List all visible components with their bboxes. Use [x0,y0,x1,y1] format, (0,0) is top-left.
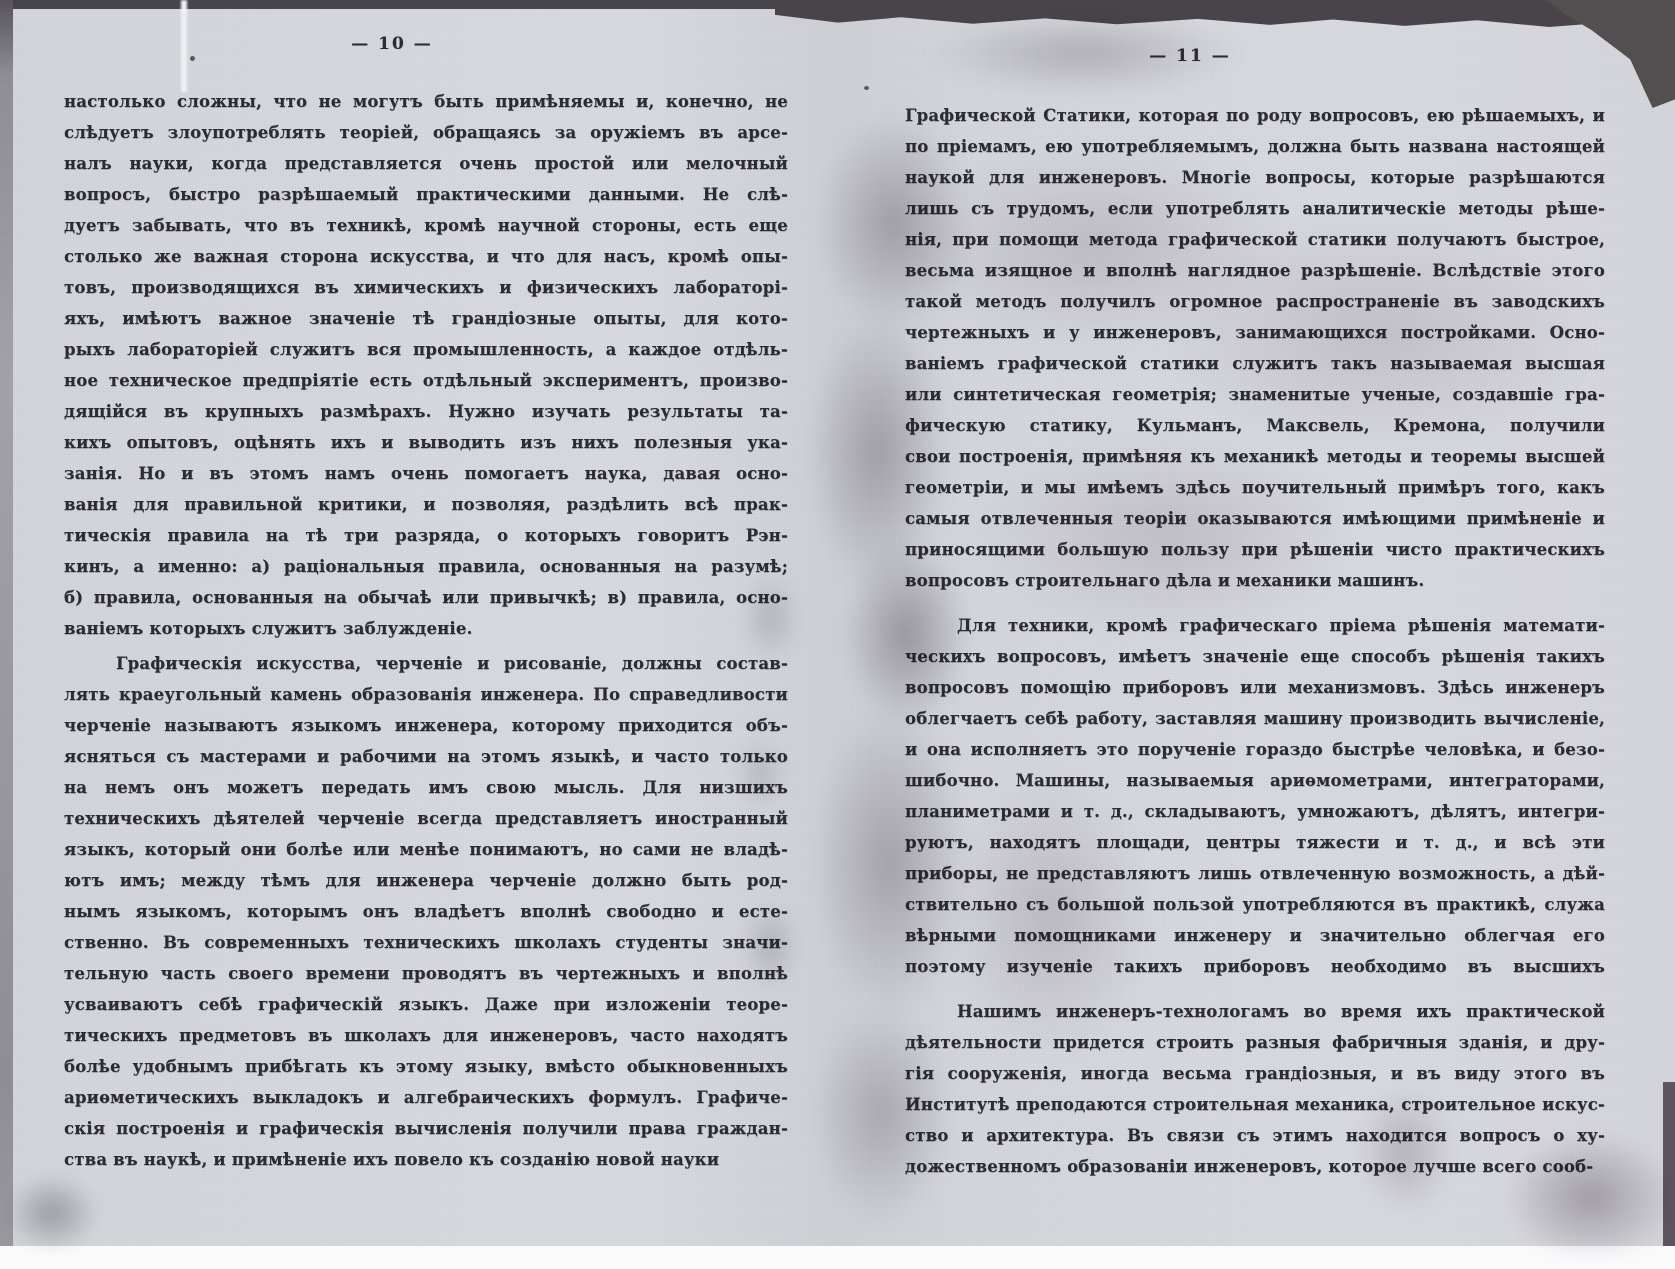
text-line: тическихъ предметовъ въ школахъ для инже… [64,1020,788,1051]
text-line: черченіе называютъ языкомъ инженера, кот… [64,710,788,741]
text-line: ваніемъ графической статики служитъ такъ… [905,348,1605,379]
text-line: нія, при помощи метода графической стати… [905,224,1605,255]
text-line: ютъ имъ; между тѣмъ для инженера черчені… [64,865,788,896]
text-line: тическія правила на тѣ три разряда, о ко… [64,520,788,551]
text-line: планиметрами и т. д., складываютъ, умнож… [905,796,1605,827]
text-line: Графическія искусства, черченіе и рисова… [64,648,788,679]
page-right-text: Графической Статики, которая по роду воп… [905,100,1605,1182]
text-line: геометріи, и мы имѣемъ здѣсь поучительны… [905,472,1605,503]
text-line: слѣдуетъ злоупотреблять теоріей, обращая… [64,117,788,148]
text-line: языкъ, который они болѣе или менѣе поним… [64,834,788,865]
text-line: ческихъ вопросовъ, имѣетъ значеніе еще с… [905,641,1605,672]
text-line: усваиваютъ себѣ графическій языкъ. Даже … [64,989,788,1020]
text-line: свои построенія, примѣняя къ механикѣ ме… [905,441,1605,472]
page-number-right: — 11 — [1100,46,1280,66]
text-line: тельную часть своего времени проводятъ в… [64,958,788,989]
text-line: вопросовъ помощію приборовъ или механизм… [905,672,1605,703]
text-line: фическую статику, Кульманъ, Максвель, Кр… [905,410,1605,441]
text-line: и она исполняетъ это порученіе гораздо б… [905,734,1605,765]
text-line: на немъ онъ можетъ передать имъ свою мыс… [64,772,788,803]
text-line: товъ, производящихся въ химическихъ и фи… [64,272,788,303]
scan-scratch [181,0,187,92]
paragraph: Графической Статики, которая по роду воп… [905,100,1605,596]
text-line: гія сооруженія, иногда весьма грандіозны… [905,1058,1605,1089]
text-line: ствительно съ большой пользой употребляю… [905,889,1605,920]
text-line: ное техническое предпріятіе есть отдѣльн… [64,365,788,396]
paragraph: Графическія искусства, черченіе и рисова… [64,648,788,1175]
text-line: дѣятельности придется строить разныя фаб… [905,1027,1605,1058]
text-line: техническихъ дѣятелей черченіе всегда пр… [64,803,788,834]
text-line: ясняться съ мастерами и рабочими на этом… [64,741,788,772]
text-line: дящійся въ крупныхъ размѣрахъ. Нужно изу… [64,396,788,427]
text-line: кинъ, а именно: а) раціональныя правила,… [64,551,788,582]
text-line: руютъ, находятъ площади, центры тяжести … [905,827,1605,858]
ink-speck [864,86,869,90]
text-line: яхъ, имѣютъ важное значеніе тѣ грандіозн… [64,303,788,334]
paragraph: Нашимъ инженеръ-технологамъ во время ихъ… [905,996,1605,1182]
text-line: Графической Статики, которая по роду воп… [905,100,1605,131]
paragraph: настолько сложны, что не могутъ быть при… [64,86,788,644]
text-line: столько же важная сторона искусства, и ч… [64,241,788,272]
scan-edge-left [0,0,13,1269]
text-line: Для техники, кромѣ графическаго пріема р… [905,610,1605,641]
text-line: вѣрными помощниками инженеру и значитель… [905,920,1605,951]
paragraph: Для техники, кромѣ графическаго пріема р… [905,610,1605,982]
text-line: лишь съ трудомъ, если употреблять аналит… [905,193,1605,224]
text-line: облегчаетъ себѣ работу, заставляя машину… [905,703,1605,734]
text-line: б) правила, основанныя на обычаѣ или при… [64,582,788,613]
text-line: ариѳметическихъ выкладокъ и алгебраическ… [64,1082,788,1113]
text-line: занія. Но и въ этомъ намъ очень помогает… [64,458,788,489]
text-line: лять краеугольный камень образованія инж… [64,679,788,710]
text-line: самыя отвлеченныя теоріи оказываются имѣ… [905,503,1605,534]
text-line: весьма изящное и вполнѣ наглядное разрѣш… [905,255,1605,286]
text-line: ванія для правильной критики, и позволяя… [64,489,788,520]
page-number-left: — 10 — [302,34,482,54]
text-line: вопросъ, быстро разрѣшаемый практическим… [64,179,788,210]
text-line: скія построенія и графическія вычисленія… [64,1113,788,1144]
text-line: поэтому изученіе такихъ приборовъ необхо… [905,951,1605,982]
text-line: ство и архитектура. Въ связи съ этимъ на… [905,1120,1605,1151]
text-line: вопросовъ строительнаго дѣла и механики … [905,565,1605,596]
text-line: налъ науки, когда представляется очень п… [64,148,788,179]
text-line: настолько сложны, что не могутъ быть при… [64,86,788,117]
text-line: ственно. Въ современныхъ техническихъ шк… [64,927,788,958]
text-line: шибочно. Машины, называемыя ариѳмометрам… [905,765,1605,796]
text-line: Нашимъ инженеръ-технологамъ во время ихъ… [905,996,1605,1027]
text-line: кихъ опытовъ, оцѣнять ихъ и выводить изъ… [64,427,788,458]
scan-bottom-strip [0,1246,1675,1269]
text-line: дожественномъ образованіи инженеровъ, ко… [905,1151,1605,1182]
text-line: болѣе удобнымъ прибѣгать къ этому языку,… [64,1051,788,1082]
text-line: приносящими большую пользу при рѣшеніи ч… [905,534,1605,565]
scan-edge-top-right [775,0,1675,27]
text-line: Институтѣ преподаются строительная механ… [905,1089,1605,1120]
text-line: или синтетическая геометрія; знаменитые … [905,379,1605,410]
text-line: рыхъ лабораторіей служитъ вся промышленн… [64,334,788,365]
text-line: приборы, не представляютъ лишь отвлеченн… [905,858,1605,889]
text-line: наукой для инженеровъ. Многіе вопросы, к… [905,162,1605,193]
text-line: дуетъ забывать, что въ техникѣ, кромѣ на… [64,210,788,241]
text-line: ства въ наукѣ, и примѣненіе ихъ повело к… [64,1144,788,1175]
ink-speck [190,56,195,61]
scan-edge-right-bottom [1663,1082,1675,1246]
page-left-text: настолько сложны, что не могутъ быть при… [64,86,788,1175]
book-spread-scan: — 10 — настолько сложны, что не могутъ б… [0,0,1675,1269]
text-line: такой методъ получилъ огромное распростр… [905,286,1605,317]
text-line: ваніемъ которыхъ служитъ заблужденіе. [64,613,788,644]
text-line: чертежныхъ и у инженеровъ, занимающихся … [905,317,1605,348]
text-line: по пріемамъ, ею употребляемымъ, должна б… [905,131,1605,162]
text-line: нымъ языкомъ, которымъ онъ владѣетъ впол… [64,896,788,927]
